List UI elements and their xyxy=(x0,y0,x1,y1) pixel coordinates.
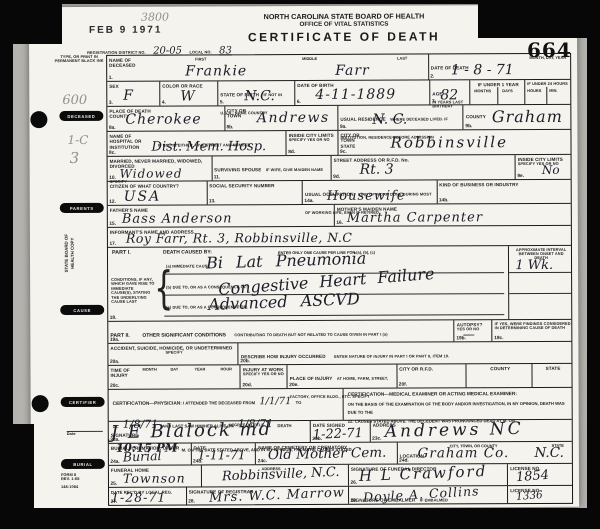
num-cemetery: 24c. xyxy=(258,459,267,464)
row-vitals: SEX 3. F COLOR OR RACE 4. W STATE OF BIR… xyxy=(107,80,570,107)
val-marital: Widowed xyxy=(120,168,183,180)
field-residence-county: COUNTY 9b. Graham xyxy=(464,105,571,129)
field-funeral-home-address: ADDRESS Robbinsville, N.C. xyxy=(202,465,349,487)
val-cemetery: Old Mother Cem. xyxy=(268,447,387,463)
lbl-to: TO xyxy=(296,400,302,405)
lbl-sex: SEX xyxy=(109,83,159,89)
note-part2: CONTRIBUTING TO DEATH BUT NOT RELATED TO… xyxy=(234,331,387,337)
num-registrar: 28. xyxy=(188,499,195,504)
field-inside-city-limits-1: INSIDE CITY LIMITS SPECIFY YES OR NO 8d. xyxy=(287,131,339,155)
lbl-industry: KIND OF BUSINESS OR INDUSTRY xyxy=(439,181,570,187)
val-sex: F xyxy=(123,89,133,103)
field-director-license: LICENSE NO. 1854 xyxy=(508,464,572,485)
lbl-how-injury: DESCRIBE HOW INJURY OCCURRED xyxy=(241,353,326,358)
colhead-month: MONTH xyxy=(142,367,156,372)
pencil-number: 3800 xyxy=(141,11,169,24)
received-date-stamp: FEB 9 1971 xyxy=(89,25,162,36)
margin-tag-deceased: DECEASED xyxy=(59,111,103,121)
office-name: OFFICE OF VITAL STATISTICS xyxy=(224,20,464,28)
row-hospital: NAME OF HOSPITAL OR INSTITUTION IF NOT I… xyxy=(107,130,570,157)
val-icl2: No xyxy=(542,164,560,176)
margin-date-label: Date xyxy=(67,432,103,437)
val-interval-a: 1 Wk. xyxy=(515,259,553,272)
field-how-injury-occurred: DESCRIBE HOW INJURY OCCURRED ENTER NATUR… xyxy=(239,342,572,364)
form-rev: REV. 1-68 xyxy=(61,477,80,482)
val-res-state: N. C. xyxy=(372,113,407,127)
val-dob: 4-11-1889 xyxy=(315,88,396,102)
colhead-first: FIRST xyxy=(195,56,206,61)
cert-phys-line1: CERTIFICATION—PHYSICIAN: I ATTENDED THE … xyxy=(113,390,343,412)
num-part1: 18. xyxy=(110,315,117,320)
lbl-city: CITY OR TOWN xyxy=(227,108,253,119)
val-res-county: Graham xyxy=(492,109,563,125)
certificate-form: NAME OF DECEASED FIRST MIDDLE LAST 1. Fr… xyxy=(106,53,573,506)
field-occupation: USUAL OCCUPATION KIND OF WORK DONE DURIN… xyxy=(303,180,438,204)
val-county: Cherokee xyxy=(125,112,201,126)
field-surviving-spouse: SURVIVING SPOUSE IF WIFE, GIVE MAIDEN NA… xyxy=(212,156,332,181)
lbl-injury-county: COUNTY xyxy=(469,366,532,372)
colhead-hour: HOUR xyxy=(220,366,231,371)
colhead-months: MONTHS xyxy=(474,88,491,93)
field-funeral-home: FUNERAL HOME 25. Townson xyxy=(109,465,202,486)
val-age: 82 xyxy=(440,88,458,102)
val-mother: Martha Carpenter xyxy=(347,211,483,225)
field-informant: INFORMANT'S NAME AND ADDRESS 17. Roy Far… xyxy=(108,226,571,247)
field-funeral-director-signature: SIGNATURE OF FUNERAL DIRECTOR 26. H L Cr… xyxy=(349,464,508,486)
field-burial-location: LOCATION CITY, TOWN, OR COUNTY STATE 24d… xyxy=(398,442,572,464)
row-certification: CERTIFICATION—PHYSICIAN: I ATTENDED THE … xyxy=(109,388,572,422)
row-accident: ACCIDENT, SUICIDE, HOMICIDE, OR UNDETERM… xyxy=(108,342,571,366)
num-funeral-home: 25. xyxy=(110,481,117,486)
margin-tag-certifier: CERTIFIER xyxy=(61,397,105,407)
num-director: 26. xyxy=(350,480,357,485)
val-citizen: USA xyxy=(124,190,162,204)
num-spouse: 11. xyxy=(214,175,220,180)
num-name: 1. xyxy=(109,75,113,80)
field-state-of-birth: STATE OF BIRTH IF NOT IN U.S.A., NAME CO… xyxy=(218,81,295,105)
field-registrar-signature: SIGNATURE OF REGISTRAR 28. Mrs. W.C. Mar… xyxy=(187,487,349,505)
num-place-of-injury: 20e. xyxy=(289,383,298,388)
val-race: W xyxy=(180,89,194,103)
field-mother: MOTHER'S MAIDEN NAME 16. Martha Carpente… xyxy=(335,204,571,226)
row-injury-time: TIME OF INJURY MONTH DAY YEAR HOUR 20c. … xyxy=(108,364,571,390)
punch-hole xyxy=(30,111,47,128)
certification-physician: CERTIFICATION—PHYSICIAN: I ATTENDED THE … xyxy=(109,389,344,421)
divider xyxy=(497,87,498,104)
num-birth-state: 5. xyxy=(220,100,224,105)
row-informant: INFORMANT'S NAME AND ADDRESS 17. Roy Far… xyxy=(108,226,571,248)
scan-edge-bottom xyxy=(0,508,600,529)
certificate-paper: 3800 FEB 9 1971 REGISTRATION DISTRICT NO… xyxy=(29,5,579,509)
sub-icl1: SPECIFY YES OR NO xyxy=(289,138,338,143)
field-embalmer-license: LICENSE NO. 1336 xyxy=(508,486,572,503)
row-part1: PART I. DEATH CAUSED BY: ENTER ONLY ONE … xyxy=(108,246,571,322)
brace-glyph: { xyxy=(154,263,173,316)
field-cemetery: NAME OF CEMETERY OR CREMATORY 24c. Old M… xyxy=(256,443,397,465)
val-license1: 1854 xyxy=(516,469,550,484)
val-certifier-signature: J E Blalock md xyxy=(111,421,273,443)
field-certifier-signature: SIGNATURE DEGREE OR TITLE 23a. J E Blalo… xyxy=(109,421,311,443)
field-father: FATHER'S NAME 15. Bass Anderson xyxy=(108,205,335,227)
interval-line-b xyxy=(509,293,571,294)
val-city: Andrews xyxy=(257,111,330,125)
field-name-of-deceased: NAME OF DECEASED FIRST MIDDLE LAST 1. Fr… xyxy=(107,54,429,80)
val-birth-state: N.C. xyxy=(244,89,275,103)
num-res-county: 9b. xyxy=(465,124,472,129)
lbl-death-caused-by: DEATH CAUSED BY: xyxy=(163,249,212,255)
sub-injury-at-work: SPECIFY YES OR NO xyxy=(243,372,287,377)
field-autopsy: AUTOPSY? YES OR NO 19b. — xyxy=(455,320,493,341)
lbl-ssn: SOCIAL SECURITY NUMBER xyxy=(209,183,302,189)
val-father: Bass Anderson xyxy=(122,212,233,225)
lbl-cert-physician: CERTIFICATION—PHYSICIAN: xyxy=(113,401,182,406)
field-burial-date: DATE 24b. 1-11-71 xyxy=(191,443,256,464)
lbl-injury-city: CITY OR R.F.D. xyxy=(399,366,466,372)
lbl-place-of-injury: PLACE OF INJURY xyxy=(290,375,333,380)
val-director-signature: H L Crawford xyxy=(359,464,488,484)
num-res-state: 9a. xyxy=(340,124,347,129)
num-county: 8a. xyxy=(109,125,116,130)
part1-interval-col: APPROXIMATE INTERVAL BETWEEN ONSET AND D… xyxy=(509,246,571,319)
val-last-name: Farr xyxy=(335,64,370,78)
field-injury-county: COUNTY xyxy=(467,364,533,387)
num-dod: 2. xyxy=(430,74,434,79)
field-if-under-24-hours: IF UNDER 24 HOURS HOURS MIN. xyxy=(525,80,564,104)
val-location: Graham Co. xyxy=(418,447,510,461)
field-inside-city-limits-2: INSIDE CITY LIMITS SPECIFY YES OR NO 9e.… xyxy=(516,155,571,179)
val-embalmer-signature: Doyle A. Collins xyxy=(363,485,480,504)
val-date-signed: 1-22-71 xyxy=(313,427,364,442)
redaction-bar xyxy=(478,2,600,38)
num-how-injury: 20b. xyxy=(240,359,250,364)
cert-me-line1: ON THE BASIS OF THE EXAMINATION OF THE B… xyxy=(348,399,572,418)
num-mother: 16. xyxy=(336,220,343,225)
num-injury-city: 20f. xyxy=(399,382,407,387)
num-findings: 19c. xyxy=(494,336,503,341)
val-fh-address: Robbinsville, N.C. xyxy=(221,466,339,484)
num-industry: 14b. xyxy=(439,198,449,203)
field-if-under-1-year: IF UNDER 1 YEAR MONTHS DAYS xyxy=(470,80,525,104)
num-race: 4. xyxy=(162,100,166,105)
val-funeral-home: Townson xyxy=(123,473,186,486)
field-marital-status: MARRIED, NEVER MARRIED, WIDOWED, DIVORCE… xyxy=(108,156,213,180)
colhead-year: YEAR xyxy=(194,366,205,371)
row-place: PLACE OF DEATH COUNTY 8a. Cherokee CITY … xyxy=(107,105,570,132)
row-signature: SIGNATURE DEGREE OR TITLE 23a. J E Blalo… xyxy=(109,420,572,444)
val-certifier-address: Andrews NC xyxy=(384,421,523,441)
lbl-hospital: NAME OF HOSPITAL OR INSTITUTION xyxy=(109,133,153,150)
lbl-name: NAME OF DECEASED xyxy=(109,57,149,68)
num-part2: 19a. xyxy=(110,337,119,342)
num-address: 23c. xyxy=(372,436,381,441)
lbl-under24: IF UNDER 24 HOURS xyxy=(527,81,564,86)
sub-accident: SPECIFY xyxy=(110,350,237,355)
copy-designation: STATE BOARD OF HEALTH COPY xyxy=(64,225,77,281)
num-ssn: 13. xyxy=(209,199,216,204)
val-burial-date: 1-11-71 xyxy=(197,449,245,462)
field-injury-city: CITY OR R.F.D. 20f. xyxy=(397,364,467,387)
scanned-death-certificate: 3800 FEB 9 1971 REGISTRATION DISTRICT NO… xyxy=(0,0,600,529)
val-date-received: 1-28-71 xyxy=(111,492,166,505)
pencil-note: 3 xyxy=(70,149,80,167)
num-time-of-injury: 20c. xyxy=(110,383,119,388)
lbl-findings: IF YES, WERE FINDINGS CONSIDERED IN DETE… xyxy=(495,321,572,330)
field-date-of-birth: DATE OF BIRTH 6. 4-11-1889 xyxy=(295,80,430,105)
field-date-signed: DATE SIGNED 23b. 1-22-71 xyxy=(311,421,371,442)
field-certifier-address: ADDRESS 23c. Andrews NC xyxy=(371,420,572,442)
conditions-note: CONDITIONS, IF ANY, WHICH GAVE RISE TO I… xyxy=(111,278,155,305)
margin-tag-burial: BURIAL xyxy=(61,459,105,469)
num-age: 7. xyxy=(432,99,436,104)
val-license2: 1336 xyxy=(516,490,543,502)
colhead-day: DAY xyxy=(170,367,178,372)
num-dob: 6. xyxy=(297,100,301,105)
num-icl1: 8d. xyxy=(288,150,295,155)
certificate-title: CERTIFICATE OF DEATH xyxy=(224,29,464,44)
num-father: 15. xyxy=(109,221,116,226)
row-marital: MARRIED, NEVER MARRIED, WIDOWED, DIVORCE… xyxy=(108,155,571,182)
field-race: COLOR OR RACE 4. W xyxy=(160,81,218,105)
num-citizen: 12. xyxy=(109,199,116,204)
num-street: 9d. xyxy=(333,174,340,179)
row-registrar: DATE REC'D BY LOCAL REG. 27. 1-28-71 SIG… xyxy=(109,486,572,505)
row-funeral-home: FUNERAL HOME 25. Townson ADDRESS Robbins… xyxy=(109,464,572,488)
field-citizen: CITIZEN OF WHAT COUNTRY? 12. USA xyxy=(108,181,208,204)
num-injury-at-work: 20d. xyxy=(242,383,252,388)
val-hospital: Dist. Mem. Hosp. xyxy=(151,140,266,154)
val-res-city: Robbinsville xyxy=(390,135,508,151)
row-citizen: CITIZEN OF WHAT COUNTRY? 12. USA SOCIAL … xyxy=(108,180,571,206)
certificate-number: 664 xyxy=(527,38,572,62)
scan-corner-bottom-left xyxy=(0,424,34,529)
num-city: 8b. xyxy=(226,125,233,130)
colhead-min: MIN. xyxy=(549,88,557,93)
field-death-county: PLACE OF DEATH COUNTY 8a. Cherokee xyxy=(107,106,225,131)
field-time-of-injury: TIME OF INJURY MONTH DAY YEAR HOUR 20c. xyxy=(108,365,241,389)
colhead-hours: HOURS xyxy=(527,88,541,93)
val-dod: 1 - 8 - 71 xyxy=(451,63,514,77)
lbl-other-conditions: OTHER SIGNIFICANT CONDITIONS xyxy=(142,332,226,338)
field-age: AGE IN YEARS LAST BIRTHDAY 7. 82 xyxy=(430,80,470,104)
field-place-of-injury: PLACE OF INJURY AT HOME, FARM, STREET, F… xyxy=(288,365,398,388)
part1-main: PART I. DEATH CAUSED BY: ENTER ONLY ONE … xyxy=(108,246,510,321)
row-parents: FATHER'S NAME 15. Bass Anderson MOTHER'S… xyxy=(108,204,571,228)
val-immediate-cause: Bi Lat Pneumonia xyxy=(206,251,367,272)
form-number-block: FORM 8 REV. 1-68 148-1084 xyxy=(61,473,80,490)
lbl-res-city: CITY OR TOWN xyxy=(340,132,366,143)
part2-main: PART II. OTHER SIGNIFICANT CONDITIONS CO… xyxy=(108,320,455,343)
lbl-attended-from: I ATTENDED THE DECEASED FROM xyxy=(183,400,255,405)
certification-medical-examiner: CERTIFICATION—MEDICAL EXAMINER OR ACTING… xyxy=(344,388,572,420)
num-accident: 20a. xyxy=(110,359,119,364)
val-first-name: Frankie xyxy=(185,64,247,78)
val-due-c: Advanced ASCVD xyxy=(208,291,360,313)
divider xyxy=(546,87,547,104)
cause-line-c xyxy=(164,314,504,316)
field-death-city: CITY OR TOWN 8b. Andrews xyxy=(225,106,339,130)
num-res-city: 9c. xyxy=(340,149,347,154)
val-registrar-signature: Mrs. W.C. Marrow xyxy=(209,486,345,504)
header-center: NORTH CAROLINA STATE BOARD OF HEALTH OFF… xyxy=(224,11,464,44)
num-informant: 17. xyxy=(109,241,116,246)
row-burial: BURIAL, CREMATION, OTHER 24a. Burial DAT… xyxy=(109,442,572,466)
field-sex: SEX 3. F xyxy=(107,82,160,106)
scan-corner-top-left xyxy=(0,0,62,44)
num-disposition: 24a. xyxy=(110,459,119,464)
lbl-injury-state: STATE xyxy=(535,365,572,371)
note-how-injury: ENTER NATURE OF INJURY IN PART I OR PART… xyxy=(334,353,449,359)
lbl-spouse: SURVIVING SPOUSE xyxy=(214,167,261,172)
field-findings-considered: IF YES, WERE FINDINGS CONSIDERED IN DETE… xyxy=(493,320,572,341)
lbl-time-of-injury: TIME OF INJURY xyxy=(110,367,140,378)
type-print-note: TYPE, OR PRINT IN PERMANENT BLACK INK xyxy=(53,55,105,64)
colhead-middle: MIDDLE xyxy=(302,56,317,61)
row-part2: PART II. OTHER SIGNIFICANT CONDITIONS CO… xyxy=(108,320,571,344)
field-disposition-type: BURIAL, CREMATION, OTHER 24a. Burial xyxy=(109,443,192,464)
margin-date-line: Date xyxy=(67,431,103,437)
num-embalmer: 29. xyxy=(351,498,358,503)
margin-tag-cause: CAUSE xyxy=(60,305,104,315)
num-marital: 10. xyxy=(109,175,116,180)
lbl-cert-me: CERTIFICATION—MEDICAL EXAMINER OR ACTING… xyxy=(348,391,572,397)
field-embalmer-signature: SIGNATURE OF EMBALMER IF EMBALMED 29. Do… xyxy=(349,486,508,504)
colhead-last: LAST xyxy=(397,56,407,61)
field-hospital: NAME OF HOSPITAL OR INSTITUTION IF NOT I… xyxy=(107,131,286,156)
field-ssn: SOCIAL SECURITY NUMBER 13. xyxy=(207,181,303,204)
val-location-state: N.C. xyxy=(534,447,563,461)
num-hospital: 8c. xyxy=(109,150,116,155)
colhead-days: DAYS xyxy=(502,88,512,93)
margin-tag-parents: PARENTS xyxy=(60,203,104,213)
field-injury-at-work: INJURY AT WORK SPECIFY YES OR NO 20d. xyxy=(241,365,288,388)
field-residence-state: USUAL RESIDENCE WHERE DECEASED LIVED. IF… xyxy=(338,105,464,130)
field-industry: KIND OF BUSINESS OR INDUSTRY 14b. xyxy=(437,180,571,204)
form-code: 148-1084 xyxy=(61,485,80,490)
pencil-note: 1-C xyxy=(67,133,88,147)
num-location: 24d. xyxy=(399,458,409,463)
field-date-received: DATE REC'D BY LOCAL REG. 27. 1-28-71 xyxy=(109,488,187,505)
pencil-note: 600 xyxy=(62,93,87,108)
field-accident-type: ACCIDENT, SUICIDE, HOMICIDE, OR UNDETERM… xyxy=(108,343,239,365)
punch-hole xyxy=(32,395,49,412)
lbl-part1: PART I. xyxy=(112,250,131,256)
num-sex: 3. xyxy=(109,100,113,105)
val-occupation: Housewife xyxy=(327,190,406,203)
sub-spouse: IF WIFE, GIVE MAIDEN NAME xyxy=(266,166,323,171)
val-informant: Roy Farr, Rt. 3, Robbinsville, N.C xyxy=(126,232,353,245)
num-icl2: 9e. xyxy=(517,174,524,179)
val-attended-from: 1/1/71 xyxy=(259,396,291,407)
val-autopsy: — xyxy=(463,328,475,340)
num-occupation: 14a. xyxy=(304,198,313,203)
field-street-address: STREET ADDRESS OR R.F.D. No. 9d. Rt. 3 xyxy=(332,155,516,180)
field-residence-city: CITY OR TOWN 9c. Robbinsville xyxy=(338,130,570,155)
val-street: Rt. 3 xyxy=(360,163,394,177)
row-name: NAME OF DECEASED FIRST MIDDLE LAST 1. Fr… xyxy=(107,54,570,82)
scan-edge-right xyxy=(587,0,600,529)
field-injury-state: STATE xyxy=(533,364,572,387)
val-disposition: Burial xyxy=(123,450,162,464)
